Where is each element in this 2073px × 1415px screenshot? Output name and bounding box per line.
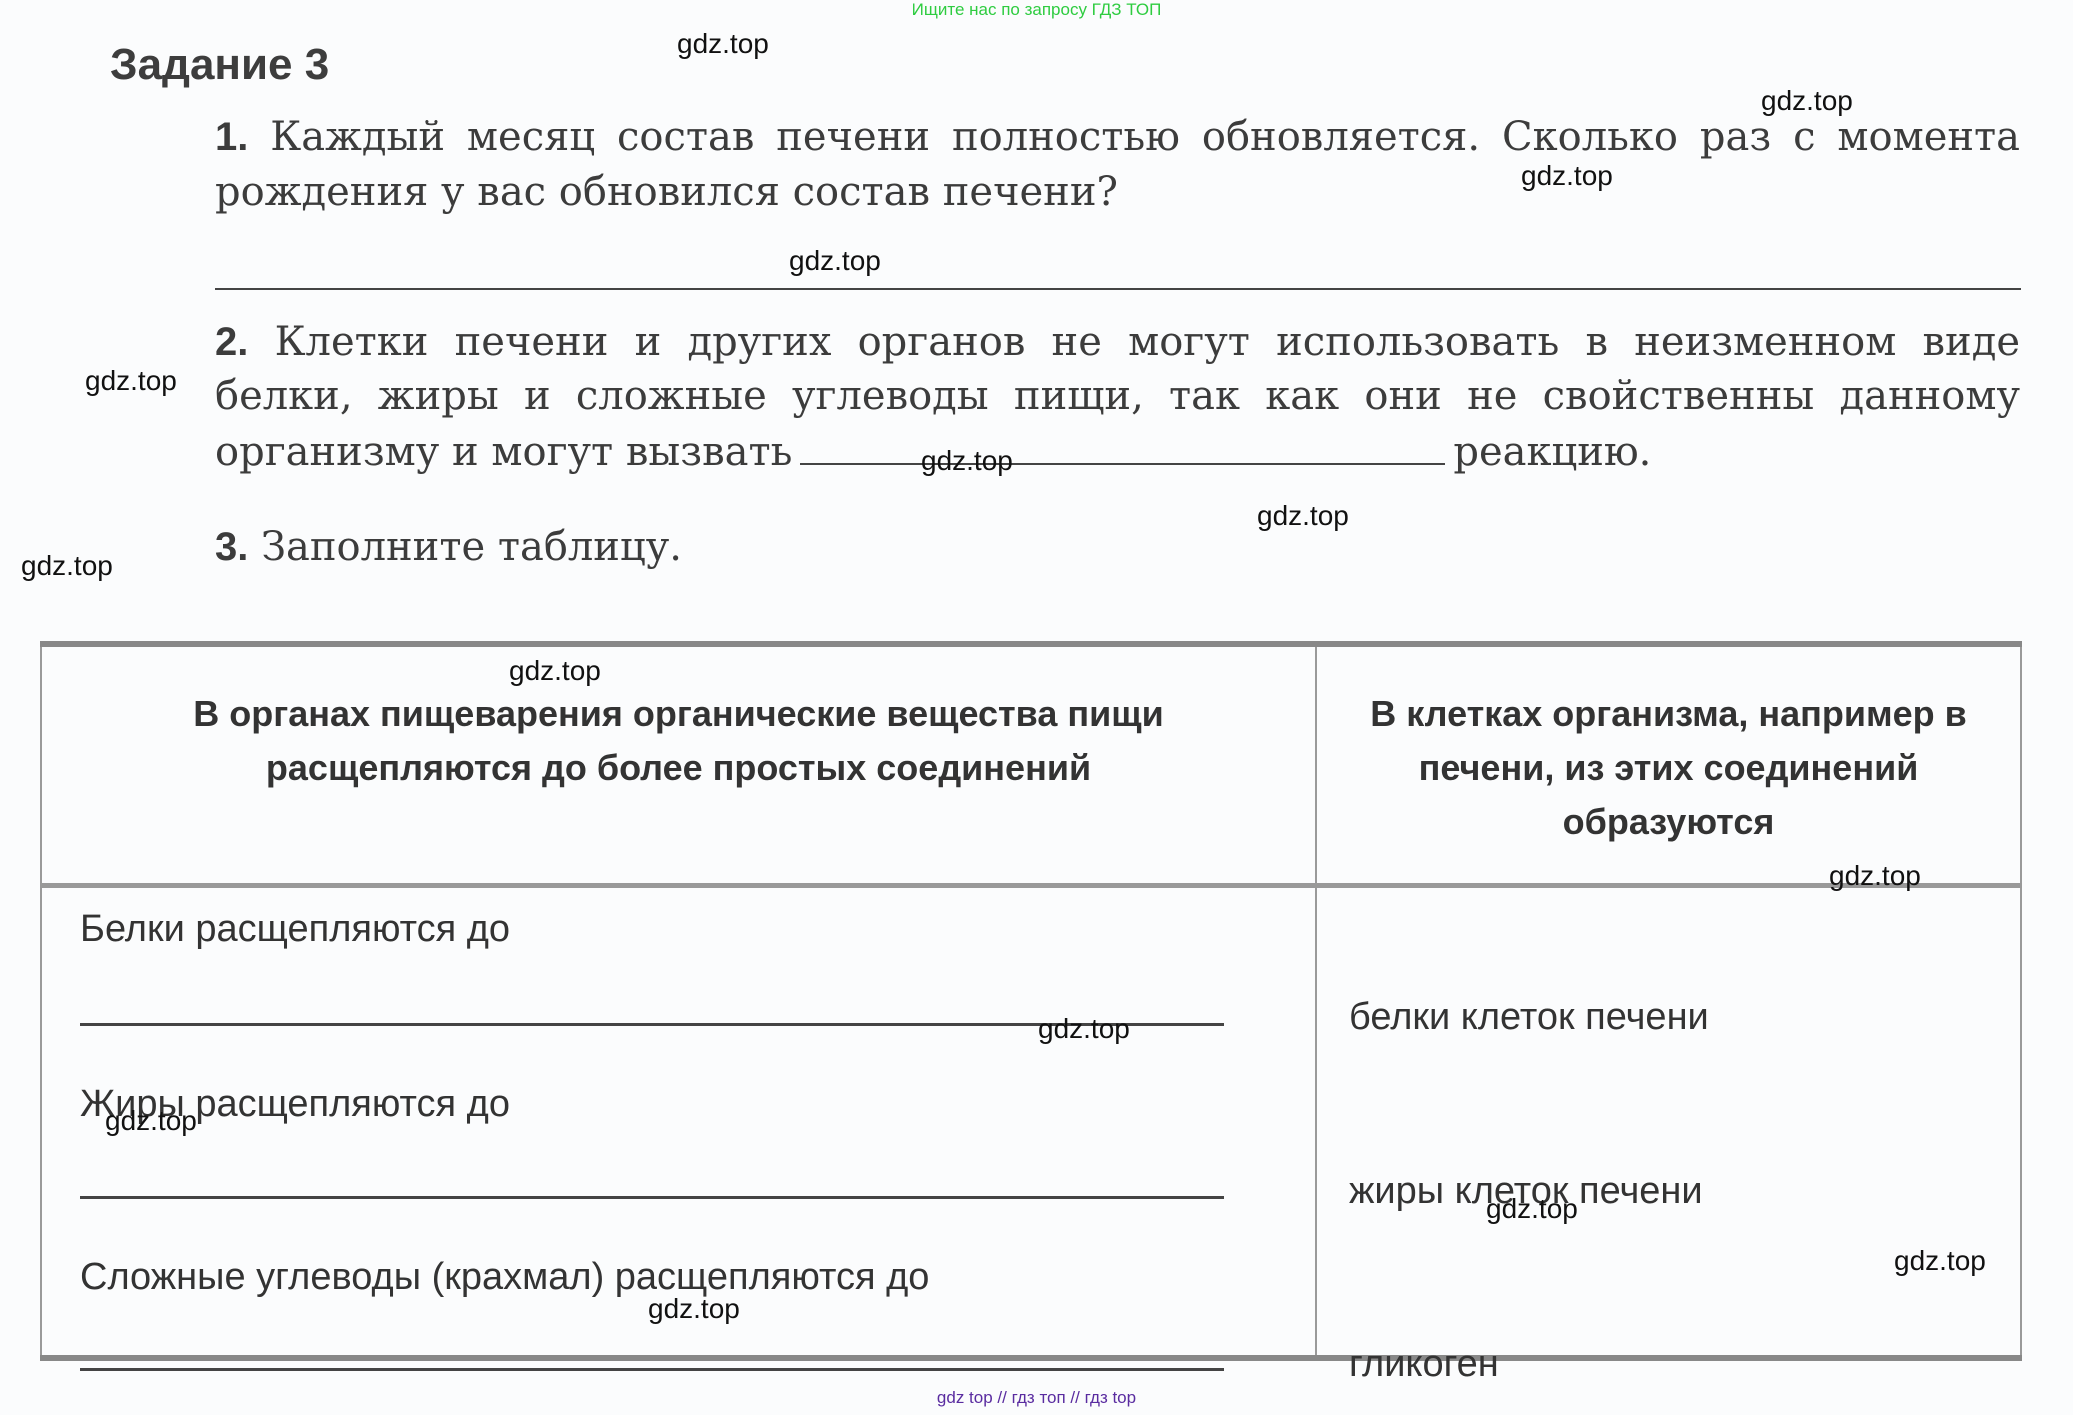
row-label-carbs: Сложные углеводы (крахмал) расщепляются … <box>80 1256 929 1299</box>
watermark: gdz.top <box>1486 1193 1578 1225</box>
table-left-cell: Белки расщепляются до Жиры расщепляются … <box>41 886 1316 1359</box>
watermark: gdz.top <box>21 550 113 582</box>
table-header-right: В клетках организма, например в печени, … <box>1316 644 2021 886</box>
watermark: gdz.top <box>677 28 769 60</box>
task-title: Задание 3 <box>110 40 329 90</box>
watermark: gdz.top <box>105 1105 197 1137</box>
row-answer-line-carbs[interactable] <box>80 1368 1224 1371</box>
question-1-text: Каждый месяц состав печени полностью обн… <box>215 114 2020 215</box>
question-3: 3. Заполните таблицу. <box>215 520 2020 575</box>
watermark: gdz.top <box>648 1293 740 1325</box>
watermark: gdz.top <box>1038 1013 1130 1045</box>
watermark: gdz.top <box>1257 500 1349 532</box>
watermark: gdz.top <box>1894 1245 1986 1277</box>
row-result-proteins: белки клеток печени <box>1349 996 1709 1039</box>
watermark: gdz.top <box>1829 860 1921 892</box>
row-answer-line-fats[interactable] <box>80 1196 1224 1199</box>
bottom-banner[interactable]: gdz top // гдз топ // гдз top <box>0 1388 2073 1408</box>
row-result-carbs: гликоген <box>1349 1343 1499 1386</box>
question-3-number: 3. <box>215 525 248 569</box>
table-right-cell: белки клеток печени жиры клеток печени г… <box>1316 886 2021 1359</box>
question-1: 1. Каждый месяц состав печени полностью … <box>215 110 2020 220</box>
digestion-table: В органах пищеварения органические вещес… <box>40 641 2022 1361</box>
table-body-row: Белки расщепляются до Жиры расщепляются … <box>41 886 2021 1359</box>
row-label-proteins: Белки расщепляются до <box>80 908 510 951</box>
question-2-number: 2. <box>215 320 248 364</box>
table-header-left: В органах пищеварения органические вещес… <box>41 644 1316 886</box>
question-2: 2. Клетки печени и других органов не мог… <box>215 315 2020 479</box>
watermark: gdz.top <box>1761 85 1853 117</box>
table-header-row: В органах пищеварения органические вещес… <box>41 644 2021 886</box>
watermark: gdz.top <box>85 365 177 397</box>
watermark: gdz.top <box>509 655 601 687</box>
question-1-number: 1. <box>215 115 248 159</box>
question-1-answer-line[interactable] <box>215 288 2021 290</box>
watermark: gdz.top <box>1521 160 1613 192</box>
top-banner[interactable]: Ищите нас по запросу ГДЗ ТОП <box>0 0 2073 20</box>
question-2-text-after: реакцию. <box>1453 429 1651 475</box>
question-3-text: Заполните таблицу. <box>261 524 682 570</box>
watermark: gdz.top <box>921 445 1013 477</box>
watermark: gdz.top <box>789 245 881 277</box>
question-2-blank[interactable] <box>800 423 1445 465</box>
